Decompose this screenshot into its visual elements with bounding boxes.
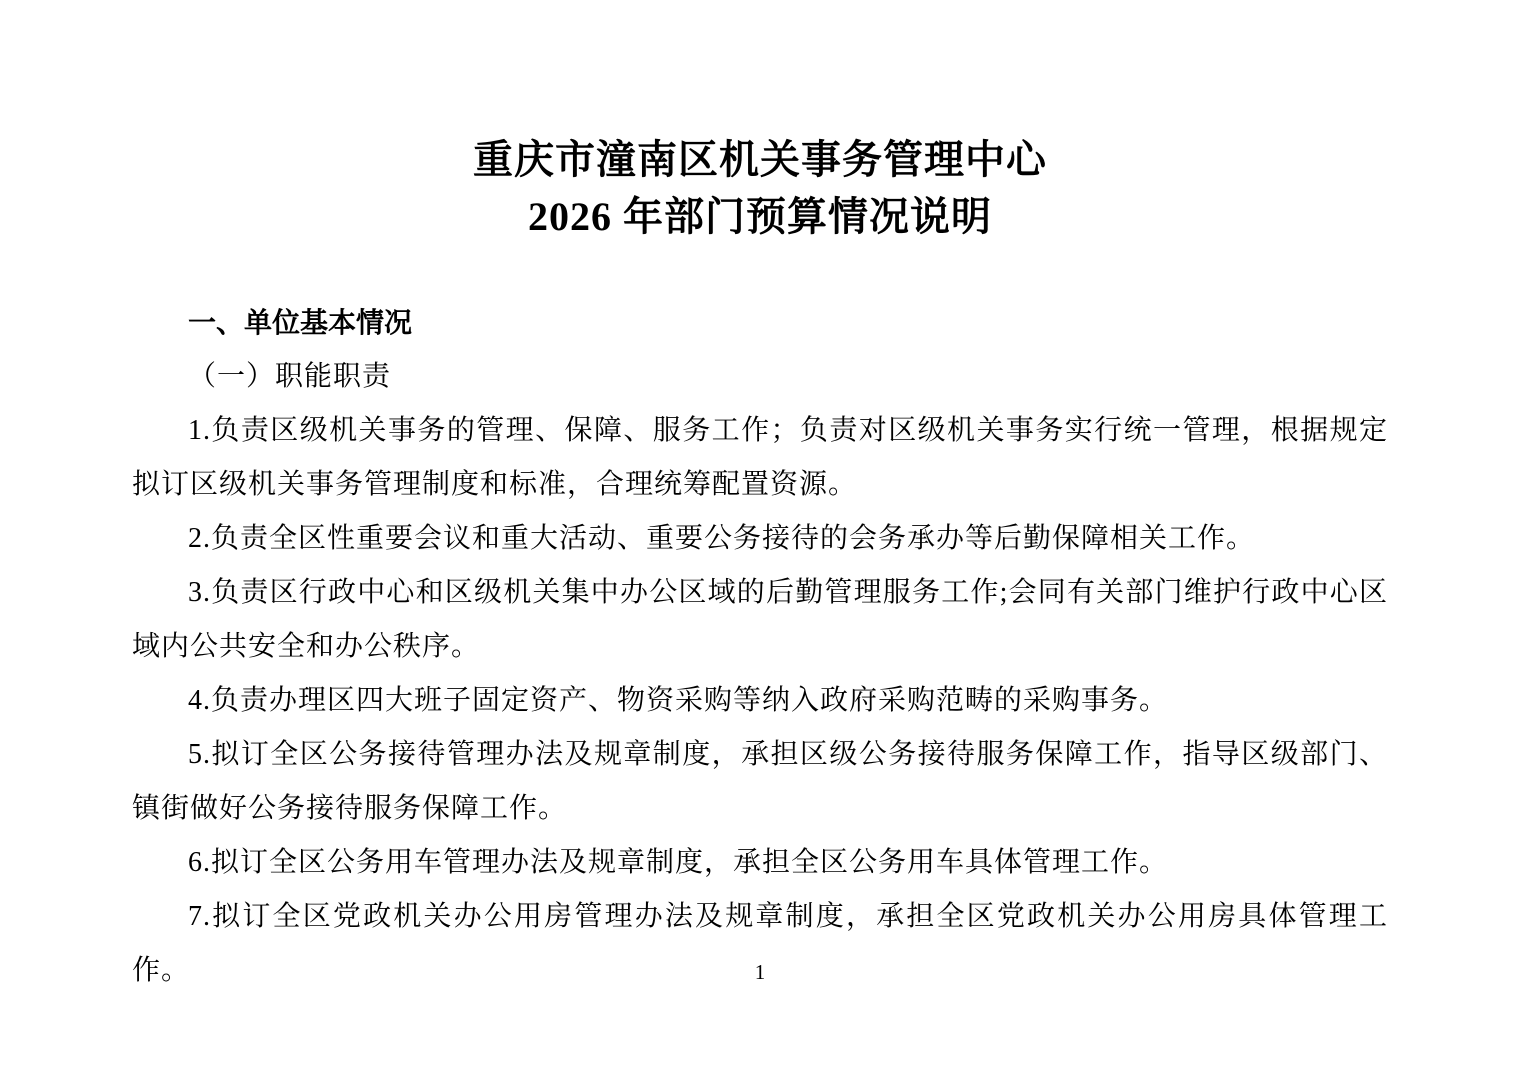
paragraph-2: 2.负责全区性重要会议和重大活动、重要公务接待的会务承办等后勤保障相关工作。 [132, 512, 1388, 566]
document-body: 一、单位基本情况 （一）职能职责 1.负责区级机关事务的管理、保障、服务工作；负… [132, 296, 1388, 998]
document-page: 重庆市潼南区机关事务管理中心 2026 年部门预算情况说明 一、单位基本情况 （… [0, 0, 1520, 1074]
section-heading: 一、单位基本情况 [132, 296, 1388, 350]
paragraph-5: 5.拟订全区公务接待管理办法及规章制度，承担区级公务接待服务保障工作，指导区级部… [132, 728, 1388, 836]
subsection-heading: （一）职能职责 [132, 350, 1388, 404]
page-number: 1 [0, 958, 1520, 986]
paragraph-3: 3.负责区行政中心和区级机关集中办公区域的后勤管理服务工作;会同有关部门维护行政… [132, 566, 1388, 674]
paragraph-6: 6.拟订全区公务用车管理办法及规章制度，承担全区公务用车具体管理工作。 [132, 836, 1388, 890]
paragraph-4: 4.负责办理区四大班子固定资产、物资采购等纳入政府采购范畴的采购事务。 [132, 674, 1388, 728]
document-content: 重庆市潼南区机关事务管理中心 2026 年部门预算情况说明 一、单位基本情况 （… [132, 0, 1388, 998]
paragraph-1: 1.负责区级机关事务的管理、保障、服务工作；负责对区级机关事务实行统一管理，根据… [132, 404, 1388, 512]
document-title-line1: 重庆市潼南区机关事务管理中心 [132, 131, 1388, 188]
document-title-line2: 2026 年部门预算情况说明 [132, 188, 1388, 245]
document-title-block: 重庆市潼南区机关事务管理中心 2026 年部门预算情况说明 [132, 0, 1388, 245]
